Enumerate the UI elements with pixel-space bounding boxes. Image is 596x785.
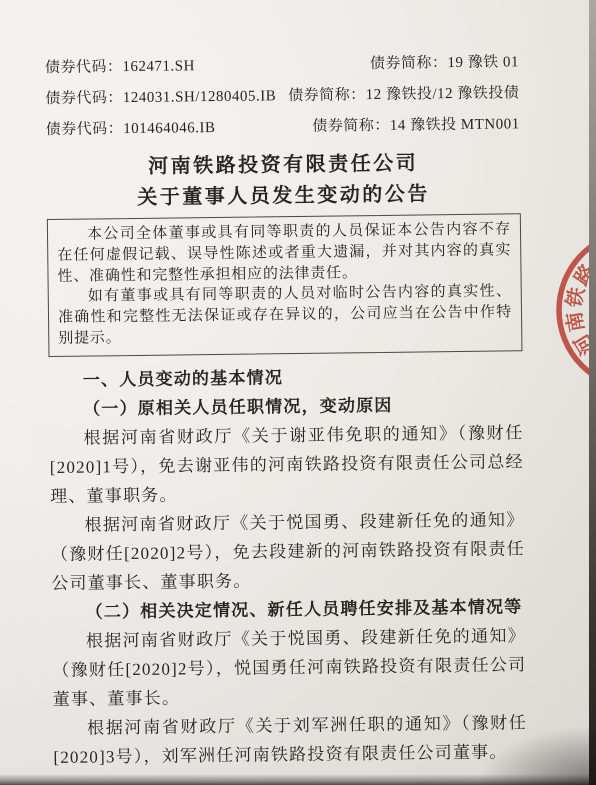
bond-code: 债券代码：162471.SH	[45, 51, 195, 84]
page-bottom-edge-shadow	[0, 774, 596, 785]
body-paragraph: 根据河南省财政厅《关于悦国勇、段建新任免的通知》（豫财任[2020]2号），悦国…	[52, 621, 527, 714]
bond-short-name: 债券简称：12 豫铁投/12 豫铁投债	[288, 78, 520, 112]
bond-short-name: 债券简称：19 豫铁 01	[370, 47, 519, 80]
bond-code: 债券代码：101464046.IB	[46, 113, 216, 146]
disclaimer-paragraph: 本公司全体董事或具有同等职责的人员保证本公告内容不存在任何虚假记载、误导性陈述或…	[57, 219, 512, 287]
announcement-sheet: 债券代码：162471.SH 债券简称：19 豫铁 01 债券代码：124031…	[0, 0, 596, 785]
disclaimer-box: 本公司全体董事或具有同等职责的人员保证本公告内容不存在任何虚假记载、误导性陈述或…	[47, 213, 523, 357]
bond-code-header: 债券代码：162471.SH 债券简称：19 豫铁 01 债券代码：124031…	[45, 47, 520, 146]
document-title: 河南铁路投资有限责任公司 关于董事人员发生变动的公告	[46, 147, 521, 215]
disclaimer-paragraph: 如有董事或具有同等职责的人员对临时公告内容的真实性、准确性和完整性无法保证或存在…	[58, 282, 513, 350]
body-paragraph: 根据河南省财政厅《关于谢亚伟免职的通知》（豫财任[2020]1号），免去谢亚伟的…	[49, 418, 524, 511]
body-paragraph: 根据河南省财政厅《关于悦国勇、段建新任免的通知》（豫财任[2020]2号），免去…	[50, 505, 525, 598]
body-paragraph: 根据河南省财政厅《关于刘军洲任职的通知》（豫财任[2020]3号），刘军洲任河南…	[53, 708, 528, 772]
page-right-edge-shadow	[589, 0, 596, 785]
title-line-subject: 关于董事人员发生变动的公告	[46, 178, 520, 215]
announcement-body: 一、人员变动的基本情况 （一）原相关人员任职情况，变动原因 根据河南省财政厅《关…	[49, 360, 528, 772]
bond-code-row: 债券代码：101464046.IB 债券简称：14 豫铁投 MTN001	[46, 109, 520, 146]
company-seal-stamp: 河南铁路投资有限责任公司	[538, 208, 596, 418]
bond-code: 债券代码：124031.SH/1280405.IB	[45, 81, 276, 115]
document-page: 债券代码：162471.SH 债券简称：19 豫铁 01 债券代码：124031…	[0, 0, 596, 785]
bond-short-name: 债券简称：14 豫铁投 MTN001	[312, 109, 520, 143]
